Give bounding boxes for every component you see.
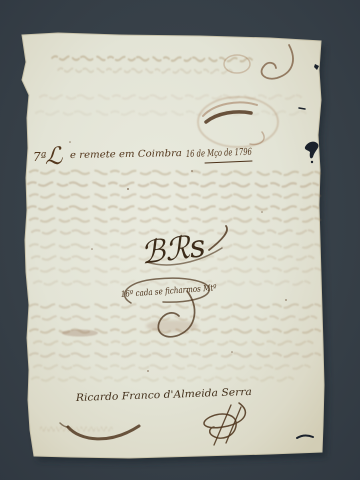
speck [147, 370, 149, 372]
header-initial-flourish: ℒ [45, 142, 63, 170]
speck [261, 211, 263, 213]
speck [191, 170, 193, 172]
ink-dot [311, 161, 313, 163]
speck [69, 141, 71, 143]
manuscript-photograph: 7ª ℒ e remete em Coimbra 16 de Mço de 17… [0, 0, 360, 480]
speck [231, 351, 233, 353]
header-date: 16 de Mço de 1796 [186, 147, 252, 160]
speck [91, 248, 93, 250]
speck [285, 299, 287, 301]
ink-dash [299, 108, 305, 109]
speck [127, 188, 129, 190]
header-text: e remete em Coimbra [70, 148, 183, 161]
photo-canvas: 7ª ℒ e remete em Coimbra 16 de Mço de 17… [0, 0, 360, 480]
smudge-stain [62, 330, 98, 337]
